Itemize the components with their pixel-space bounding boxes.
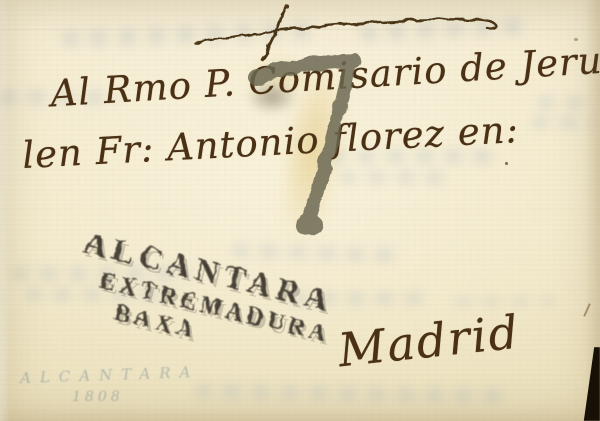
photo-vignette xyxy=(0,0,600,421)
letter-cover-photo: ALCANTARA 1808 Al Rmo P. Comisario de Je… xyxy=(0,0,600,421)
